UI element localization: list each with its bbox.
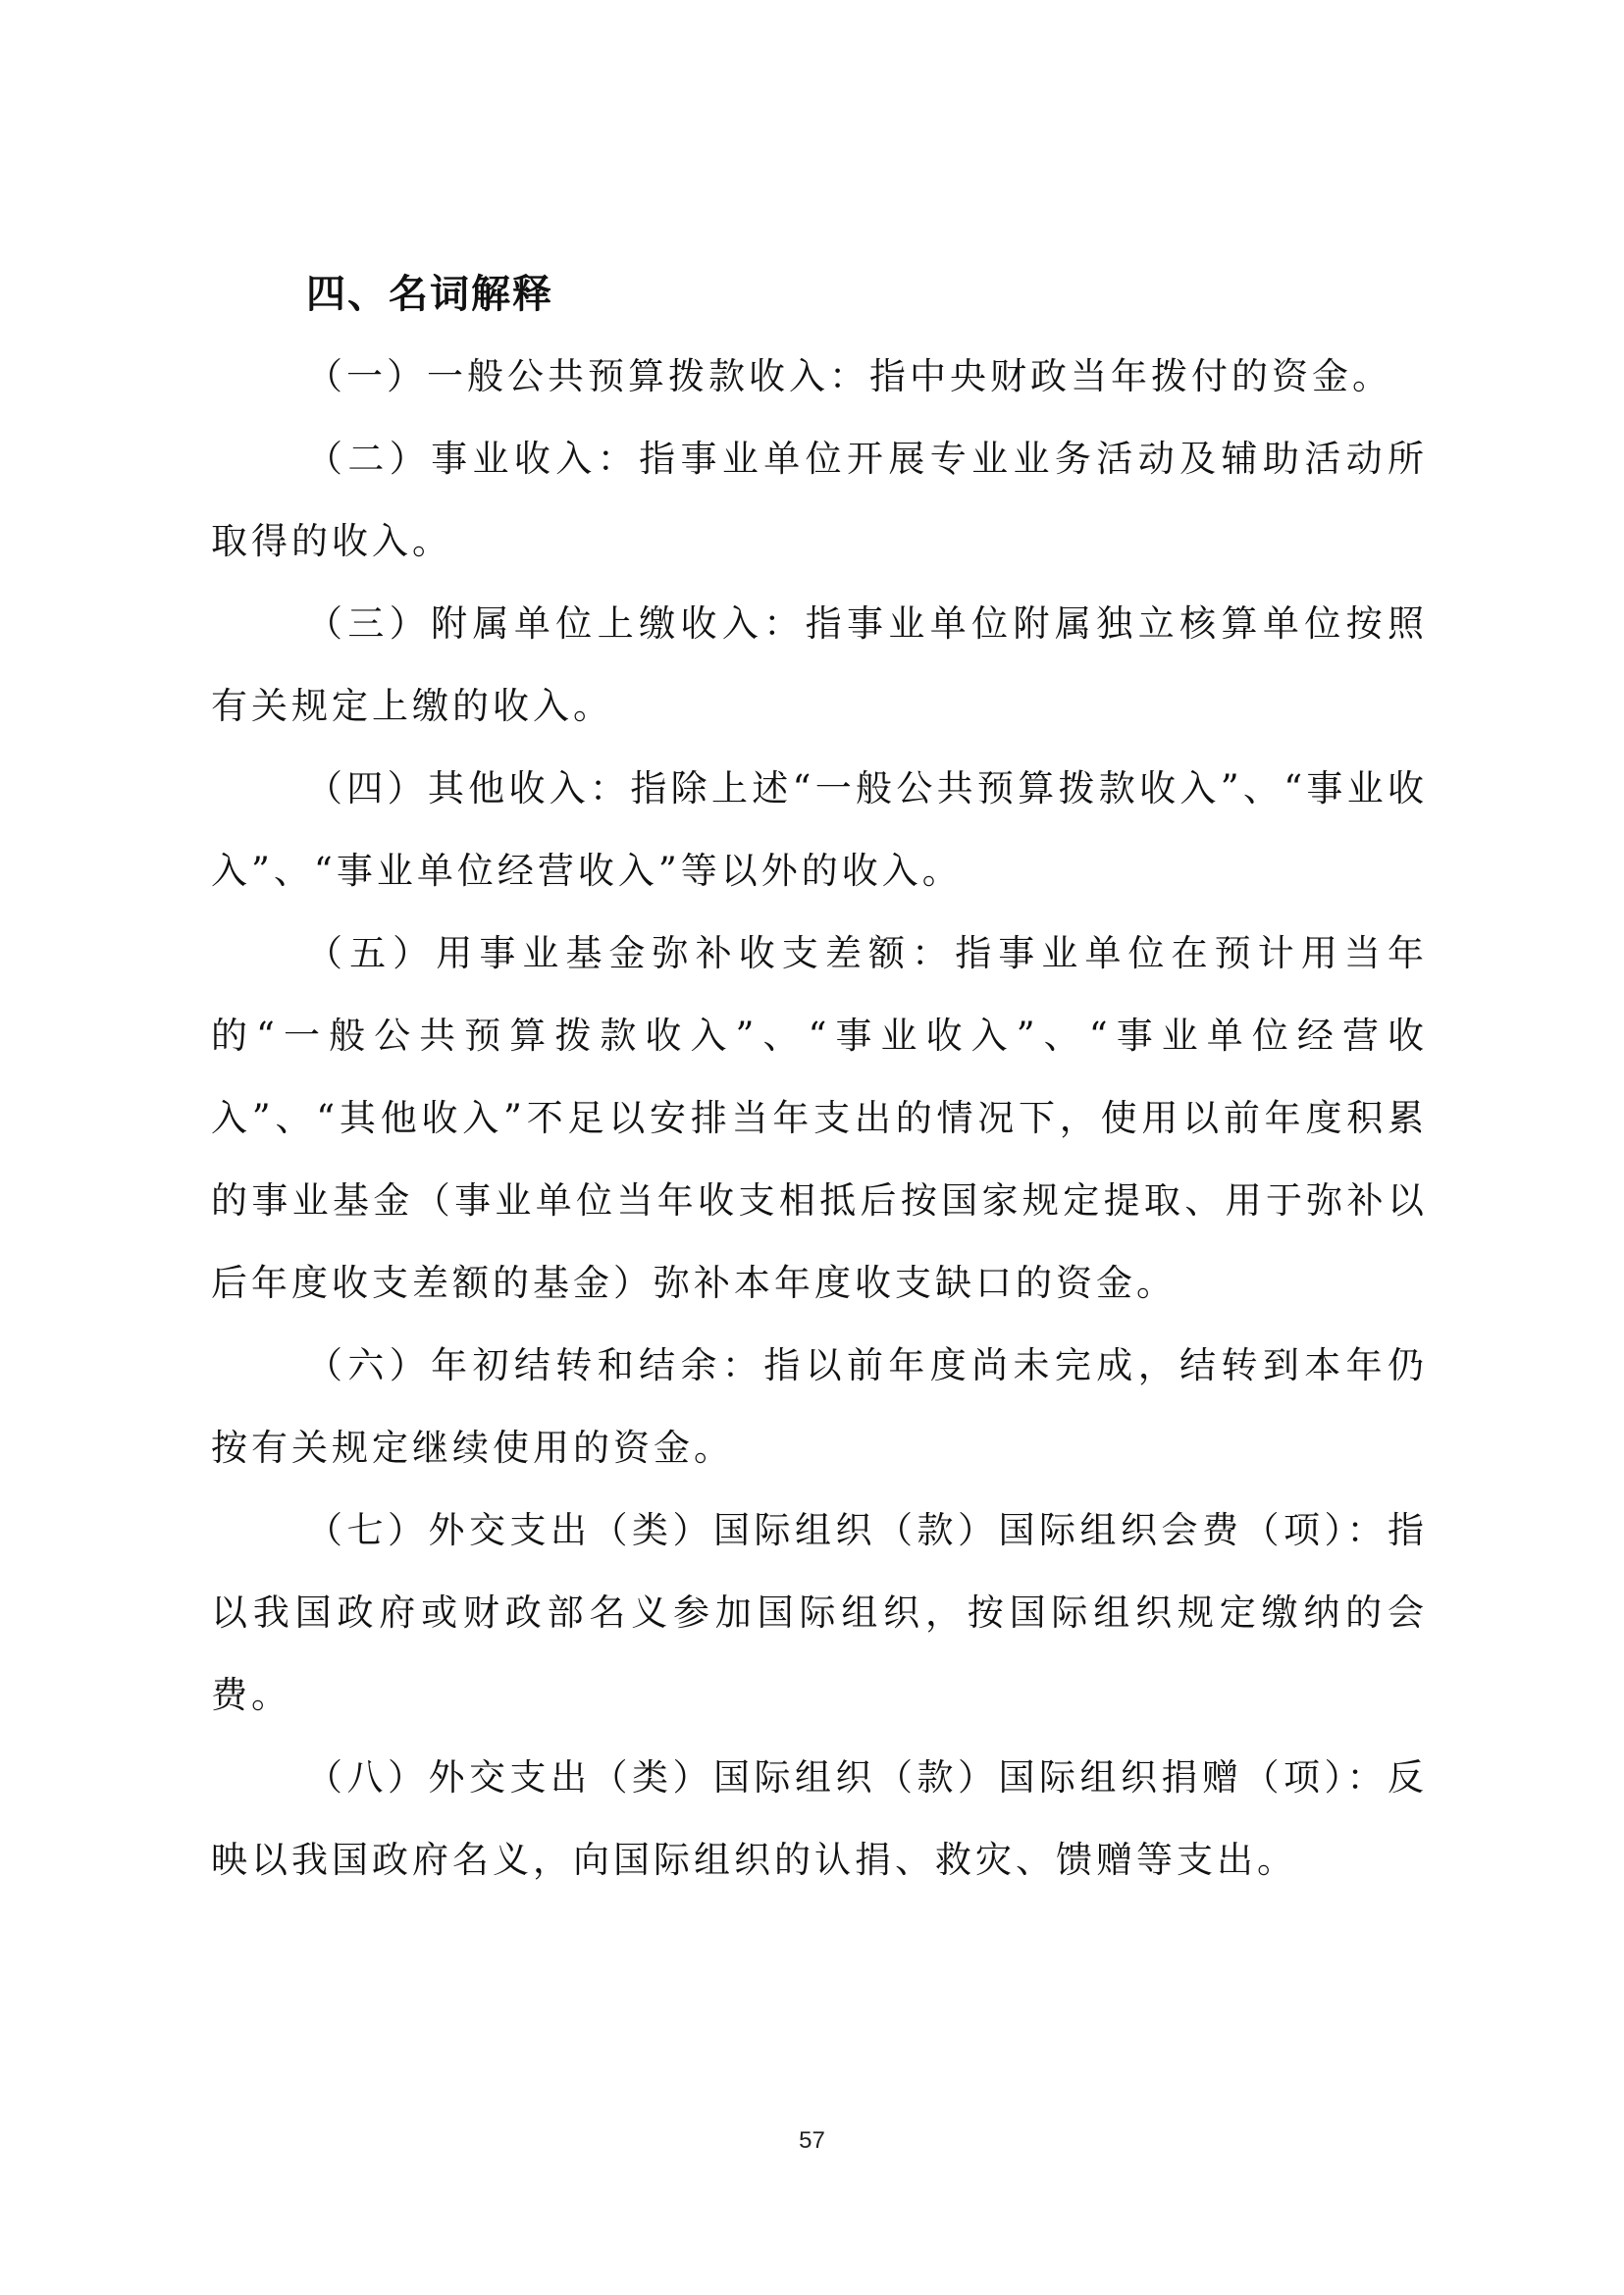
definition-paragraph-4: （四）其他收入：指除上述“一般公共预算拨款收入”、“事业收入”、“事业单位经营收…	[211, 748, 1428, 913]
definition-paragraph-1: （一）一般公共预算拨款收入：指中央财政当年拨付的资金。	[211, 336, 1428, 418]
definition-paragraph-3: （三）附属单位上缴收入：指事业单位附属独立核算单位按照有关规定上缴的收入。	[211, 583, 1428, 748]
page-number: 57	[0, 2127, 1624, 2155]
document-page: 四、名词解释 （一）一般公共预算拨款收入：指中央财政当年拨付的资金。 （二）事业…	[211, 253, 1428, 1902]
definition-paragraph-6: （六）年初结转和结余：指以前年度尚未完成，结转到本年仍按有关规定继续使用的资金。	[211, 1325, 1428, 1489]
definition-paragraph-7: （七）外交支出（类）国际组织（款）国际组织会费（项）：指以我国政府或财政部名义参…	[211, 1489, 1428, 1737]
section-heading: 四、名词解释	[306, 253, 1428, 336]
definition-paragraph-8: （八）外交支出（类）国际组织（款）国际组织捐赠（项）：反映以我国政府名义，向国际…	[211, 1737, 1428, 1902]
definition-paragraph-2: （二）事业收入：指事业单位开展专业业务活动及辅助活动所取得的收入。	[211, 418, 1428, 583]
definition-paragraph-5: （五）用事业基金弥补收支差额：指事业单位在预计用当年的“一般公共预算拨款收入”、…	[211, 913, 1428, 1325]
